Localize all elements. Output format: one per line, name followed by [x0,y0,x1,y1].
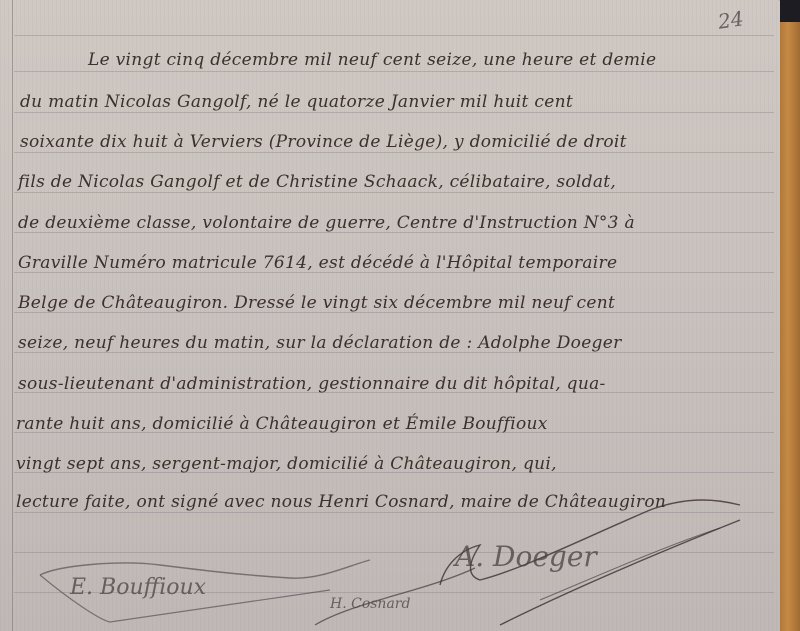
signature-doeger: A. Doeger [455,540,597,573]
signature-flourishes [0,0,784,631]
signature-bouffioux: E. Bouffioux [70,575,206,600]
binding-shadow [780,0,800,22]
register-page: 24 Le vingt cinq décembre mil neuf cent … [0,0,784,631]
signature-cosnard: H. Cosnard [330,596,410,612]
book-binding [780,0,800,631]
